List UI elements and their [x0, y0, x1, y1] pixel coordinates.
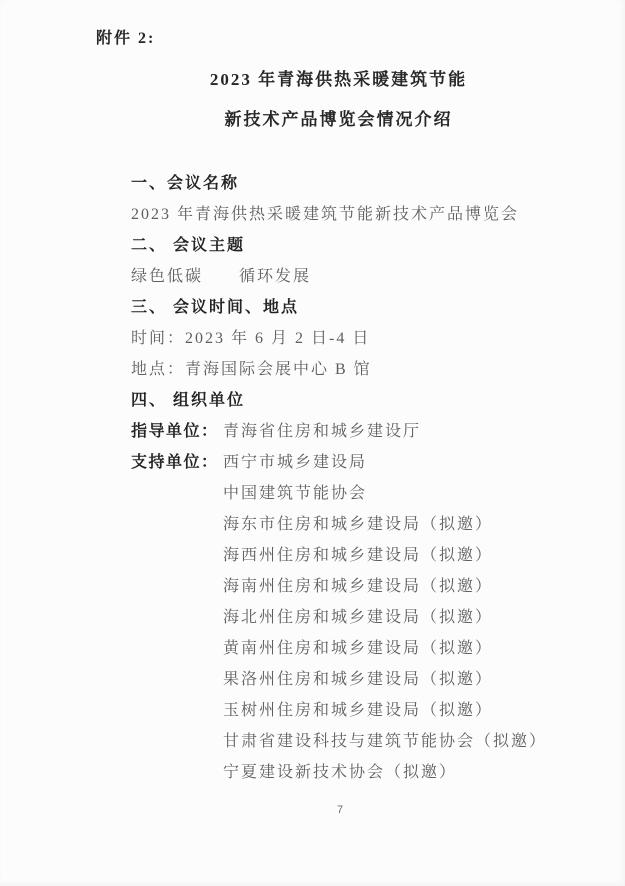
document-title-line2: 新技术产品博览会情况介绍: [52, 100, 625, 140]
support-unit-10: 宁夏建设新技术协会（拟邀）: [131, 757, 615, 788]
support-unit-7: 果洛州住房和城乡建设局（拟邀）: [131, 664, 615, 695]
support-unit-9: 甘肃省建设科技与建筑节能协会（拟邀）: [131, 726, 615, 757]
support-unit-3: 海西州住房和城乡建设局（拟邀）: [131, 540, 615, 571]
support-unit-value-0: 西宁市城乡建设局: [223, 454, 367, 471]
support-unit-4: 海南州住房和城乡建设局（拟邀）: [131, 571, 615, 602]
attachment-label: 附件 2:: [96, 25, 155, 48]
support-unit-5: 海北州住房和城乡建设局（拟邀）: [131, 602, 615, 633]
document-body: 一、会议名称 2023 年青海供热采暖建筑节能新技术产品博览会 二、 会议主题 …: [131, 168, 615, 788]
support-unit-1: 中国建筑节能协会: [131, 478, 615, 509]
section-1-heading: 一、会议名称: [131, 168, 615, 199]
section-2-heading: 二、 会议主题: [131, 230, 615, 261]
document-page: 附件 2: 2023 年青海供热采暖建筑节能 新技术产品博览会情况介绍 一、会议…: [0, 0, 625, 886]
page-number: 7: [55, 804, 625, 816]
support-unit-2: 海东市住房和城乡建设局（拟邀）: [131, 509, 615, 540]
section-4-heading: 四、 组织单位: [131, 385, 615, 416]
section-2-body: 绿色低碳 循环发展: [131, 261, 615, 292]
guide-unit-value: 青海省住房和城乡建设厅: [223, 423, 421, 440]
meeting-time-line: 时间：2023 年 6 月 2 日-4 日: [131, 323, 615, 354]
document-title: 2023 年青海供热采暖建筑节能 新技术产品博览会情况介绍: [52, 60, 625, 140]
support-unit-8: 玉树州住房和城乡建设局（拟邀）: [131, 695, 615, 726]
meeting-place-line: 地点：青海国际会展中心 B 馆: [131, 354, 615, 385]
support-unit-label: 支持单位：: [131, 447, 223, 478]
guide-unit-line: 指导单位：青海省住房和城乡建设厅: [131, 416, 615, 447]
support-unit-6: 黄南州住房和城乡建设局（拟邀）: [131, 633, 615, 664]
guide-unit-label: 指导单位：: [131, 416, 223, 447]
support-unit-line: 支持单位：西宁市城乡建设局: [131, 447, 615, 478]
section-3-heading: 三、 会议时间、地点: [131, 292, 615, 323]
document-title-line1: 2023 年青海供热采暖建筑节能: [52, 60, 625, 100]
section-1-body: 2023 年青海供热采暖建筑节能新技术产品博览会: [131, 199, 615, 230]
